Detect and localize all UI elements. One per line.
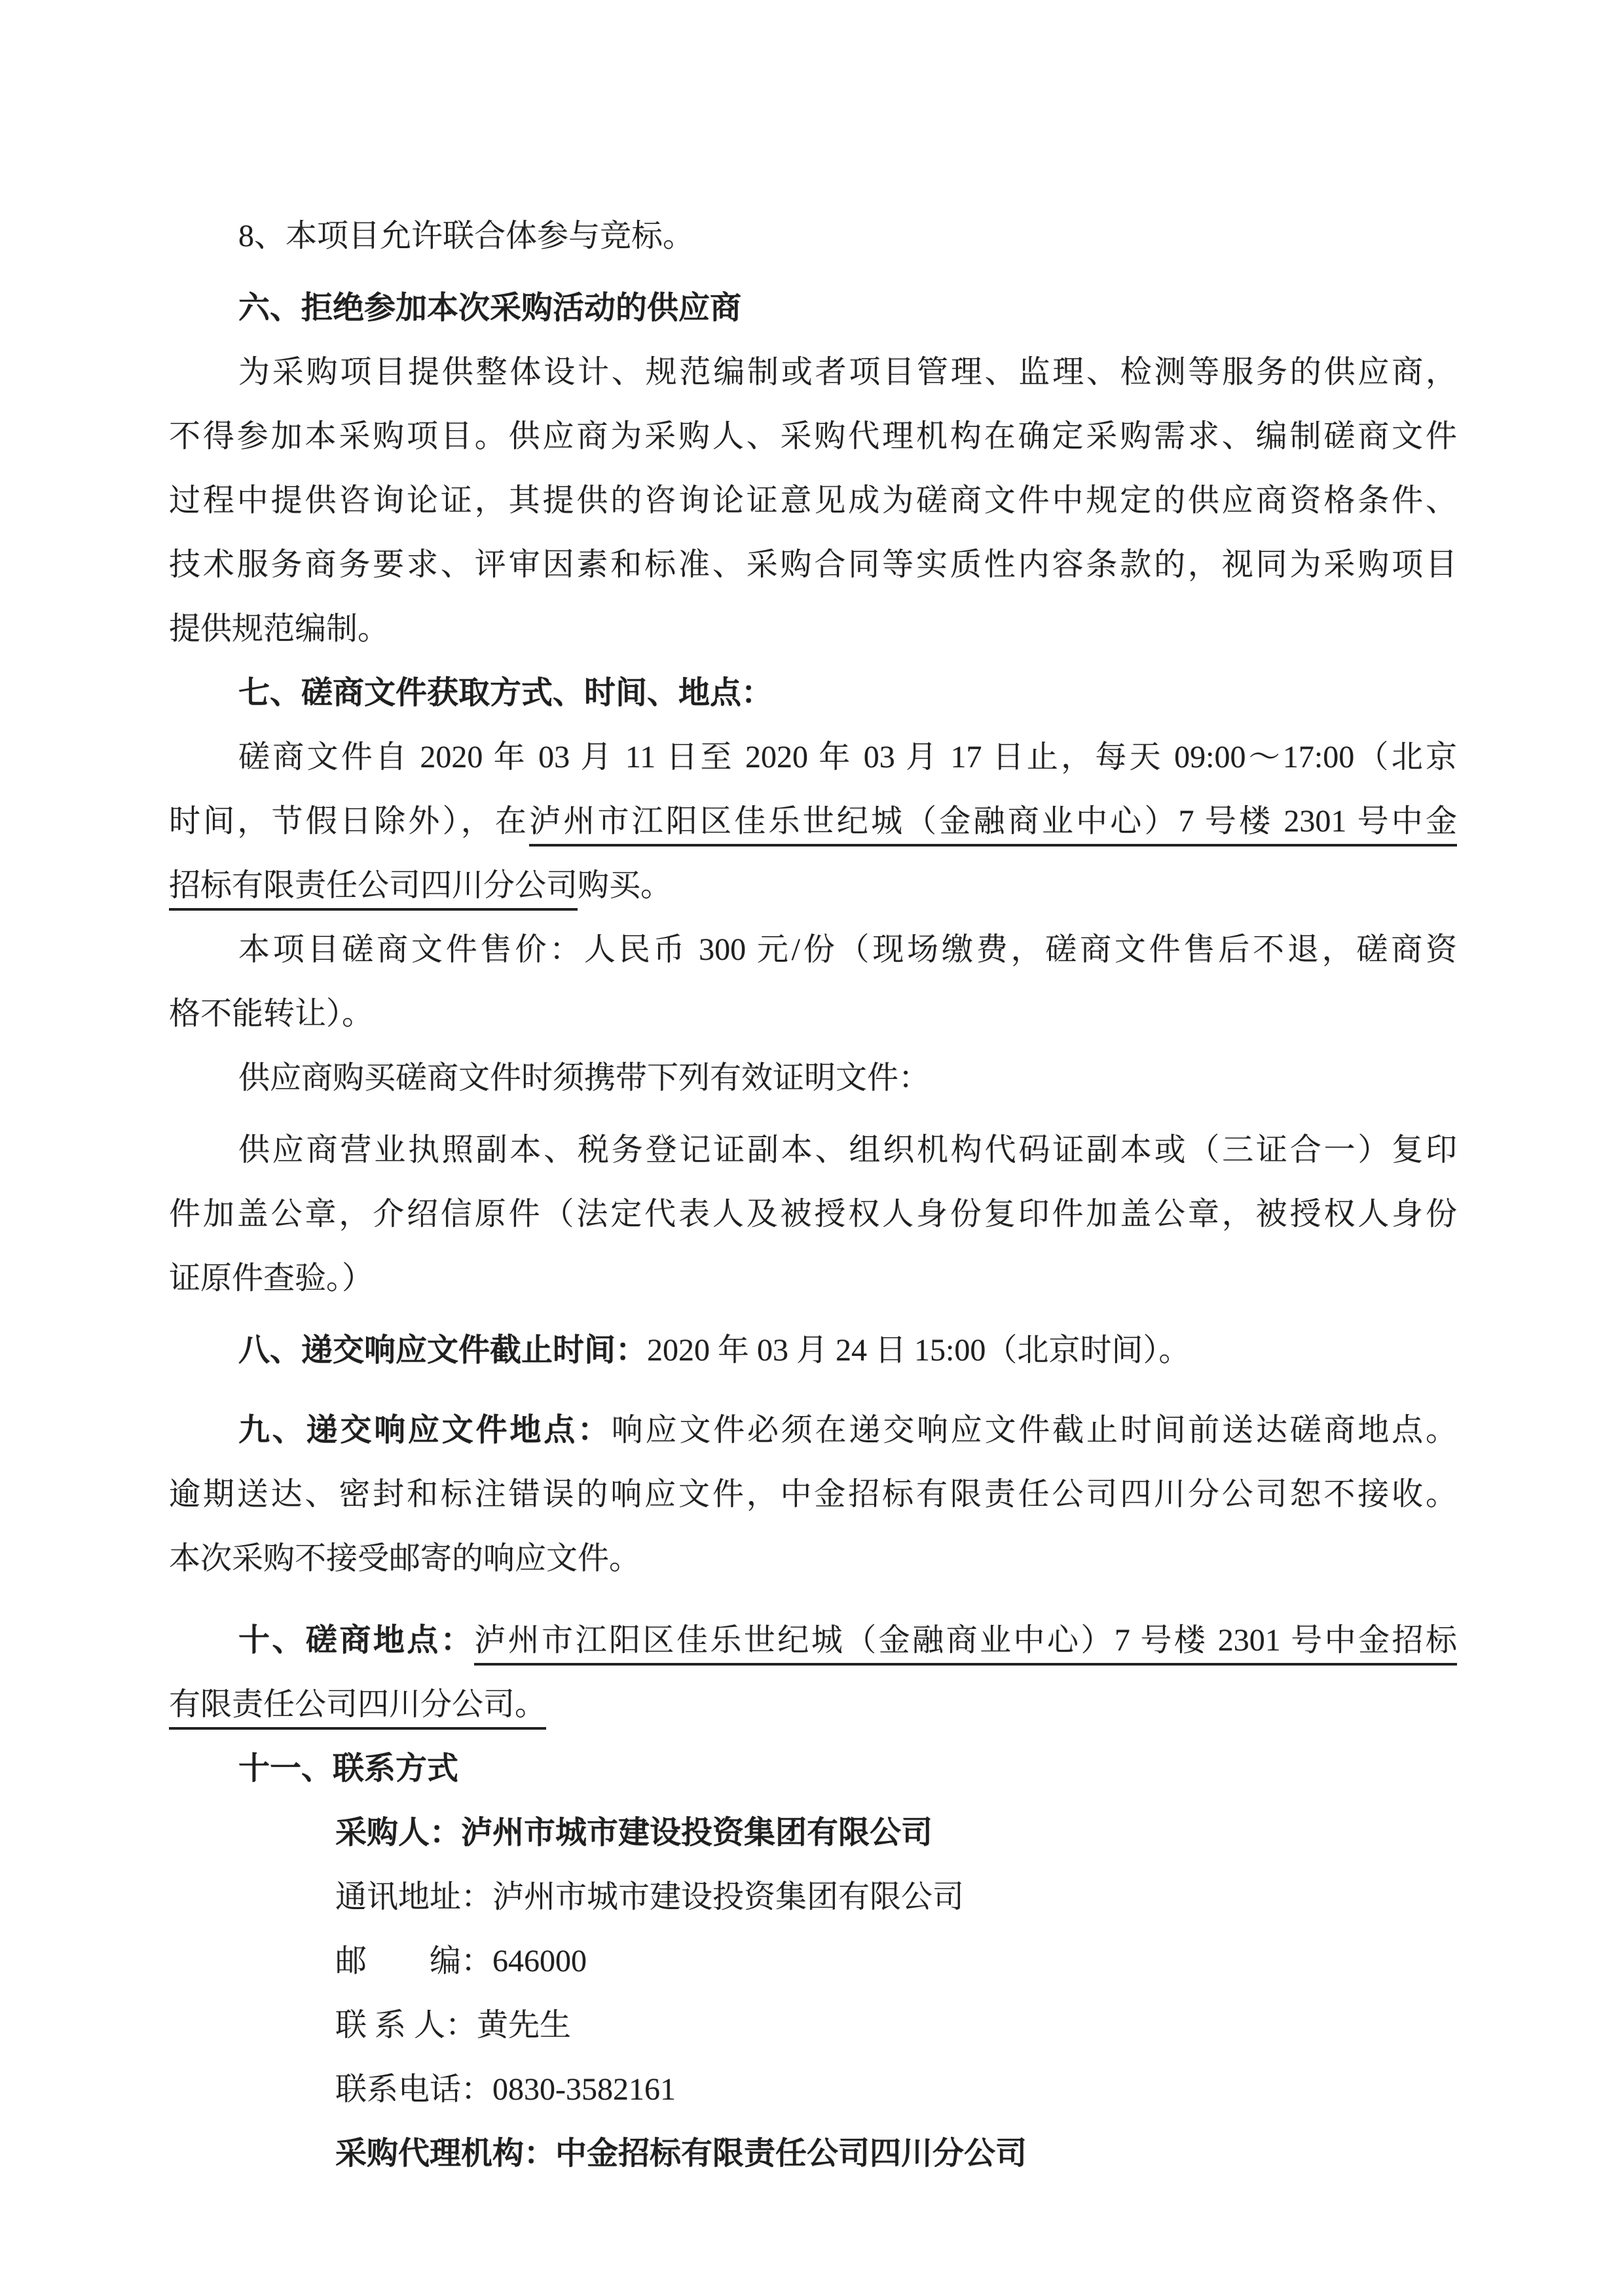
- text-run: 不得参加本采购项目。供应商为采购人、采购代理机构在确定采购需求、编制磋商文件: [169, 419, 1457, 454]
- text-run: 过程中提供咨询论证，其提供的咨询论证意见成为磋商文件中规定的供应商资格条件、: [169, 483, 1457, 518]
- text-run: 采购人：泸州市城市建设投资集团有限公司: [335, 1815, 932, 1850]
- para-document-price-line-2: 格不能转让）。: [169, 982, 1457, 1046]
- text-run: 本次采购不接受邮寄的响应文件。: [169, 1541, 640, 1576]
- para-acquisition-line-3: 招标有限责任公司四川分公司购买。: [169, 854, 1457, 918]
- para-rejected-suppliers-line-4: 技术服务商务要求、评审因素和标准、采购合同等实质性内容条款的，视同为采购项目: [169, 533, 1457, 597]
- text-run: 十一、联系方式: [238, 1751, 458, 1786]
- line-joint-bidding-allowed: 8、本项目允许联合体参与竞标。: [169, 204, 1457, 268]
- text-run: 六、拒绝参加本次采购活动的供应商: [238, 291, 741, 325]
- text-run: 供应商营业执照副本、税务登记证副本、组织机构代码证副本或（三证合一）复印: [238, 1133, 1457, 1167]
- heading-label: 八、递交响应文件截止时间：: [238, 1333, 647, 1368]
- text-run: 逾期送达、密封和标注错误的响应文件，中金招标有限责任公司四川分公司恕不接收。: [169, 1477, 1457, 1512]
- contact-postal-code: 邮 编：646000: [169, 1929, 1457, 1994]
- para-rejected-suppliers-line-1: 为采购项目提供整体设计、规范编制或者项目管理、监理、检测等服务的供应商，: [169, 340, 1457, 405]
- heading-section-9-submission-place: 九、递交响应文件地点：响应文件必须在递交响应文件截止时间前送达磋商地点。: [169, 1398, 1457, 1463]
- text-run: 采购代理机构：中金招标有限责任公司四川分公司: [335, 2136, 1027, 2171]
- text-run: 格不能转让）。: [169, 996, 373, 1031]
- para-acquisition-line-1: 磋商文件自 2020 年 03 月 11 日至 2020 年 03 月 17 日…: [169, 725, 1457, 790]
- underlined-address: 有限责任公司四川分公司。: [169, 1687, 546, 1730]
- contact-procurement-agency: 采购代理机构：中金招标有限责任公司四川分公司: [169, 2122, 1457, 2186]
- para-rejected-suppliers-line-3: 过程中提供咨询论证，其提供的咨询论证意见成为磋商文件中规定的供应商资格条件、: [169, 469, 1457, 533]
- contact-mailing-address: 通讯地址：泸州市城市建设投资集团有限公司: [169, 1865, 1457, 1929]
- text-run: 证原件查验。）: [169, 1261, 373, 1296]
- contact-phone: 联系电话：0830-3582161: [169, 2058, 1457, 2122]
- underlined-address: 泸州市江阳区佳乐世纪城（金融商业中心）7 号楼 2301 号中金: [529, 804, 1457, 847]
- contact-person: 联 系 人：黄先生: [169, 1994, 1457, 2058]
- text-run: 购买。: [578, 868, 672, 903]
- text-run: 邮 编：646000: [335, 1944, 587, 1978]
- underlined-address: 招标有限责任公司四川分公司: [169, 868, 578, 911]
- para-acquisition-line-2: 时间，节假日除外），在泸州市江阳区佳乐世纪城（金融商业中心）7 号楼 2301 …: [169, 790, 1457, 854]
- heading-section-7-document-acquisition: 七、磋商文件获取方式、时间、地点：: [169, 661, 1457, 725]
- text-run: 为采购项目提供整体设计、规范编制或者项目管理、监理、检测等服务的供应商，: [238, 355, 1457, 390]
- text-run: 时间，节假日除外），在: [169, 804, 529, 839]
- text-run: 提供规范编制。: [169, 611, 389, 646]
- text-run: 七、磋商文件获取方式、时间、地点：: [238, 676, 773, 710]
- underlined-address: 泸州市江阳区佳乐世纪城（金融商业中心）7 号楼 2301 号中金招标: [474, 1623, 1457, 1666]
- para-certificates-line-1: 供应商营业执照副本、税务登记证副本、组织机构代码证副本或（三证合一）复印: [169, 1118, 1457, 1182]
- text-run: 联系电话：0830-3582161: [335, 2072, 676, 2107]
- text-run: 供应商购买磋商文件时须携带下列有效证明文件：: [238, 1061, 930, 1095]
- para-document-price-line-1: 本项目磋商文件售价：人民币 300 元/份（现场缴费，磋商文件售后不退，磋商资: [169, 918, 1457, 982]
- text-run: 磋商文件自 2020 年 03 月 11 日至 2020 年 03 月 17 日…: [238, 740, 1457, 774]
- para-negotiation-place-line-2: 有限责任公司四川分公司。: [169, 1673, 1457, 1737]
- text-run: 2020 年 03 月 24 日 15:00（北京时间）。: [647, 1333, 1190, 1368]
- para-required-certificates-intro: 供应商购买磋商文件时须携带下列有效证明文件：: [169, 1046, 1457, 1110]
- para-certificates-line-3: 证原件查验。）: [169, 1247, 1457, 1311]
- para-submission-place-line-2: 逾期送达、密封和标注错误的响应文件，中金招标有限责任公司四川分公司恕不接收。: [169, 1463, 1457, 1527]
- document-page: 8、本项目允许联合体参与竞标。 六、拒绝参加本次采购活动的供应商 为采购项目提供…: [0, 0, 1624, 2296]
- text-run: 本项目磋商文件售价：人民币 300 元/份（现场缴费，磋商文件售后不退，磋商资: [238, 932, 1457, 967]
- heading-section-8-submission-deadline: 八、递交响应文件截止时间：2020 年 03 月 24 日 15:00（北京时间…: [169, 1319, 1457, 1383]
- document-body: 8、本项目允许联合体参与竞标。 六、拒绝参加本次采购活动的供应商 为采购项目提供…: [169, 204, 1457, 2186]
- para-rejected-suppliers-line-5: 提供规范编制。: [169, 597, 1457, 661]
- text-run: 8、本项目允许联合体参与竞标。: [238, 219, 694, 253]
- text-run: 联 系 人：黄先生: [335, 2008, 571, 2043]
- heading-section-10-negotiation-place: 十、磋商地点：泸州市江阳区佳乐世纪城（金融商业中心）7 号楼 2301 号中金招…: [169, 1609, 1457, 1673]
- contact-purchaser: 采购人：泸州市城市建设投资集团有限公司: [169, 1801, 1457, 1865]
- heading-section-11-contact-info: 十一、联系方式: [169, 1737, 1457, 1801]
- para-rejected-suppliers-line-2: 不得参加本采购项目。供应商为采购人、采购代理机构在确定采购需求、编制磋商文件: [169, 405, 1457, 469]
- heading-label: 十、磋商地点：: [238, 1623, 474, 1658]
- para-certificates-line-2: 件加盖公章，介绍信原件（法定代表人及被授权人身份复印件加盖公章，被授权人身份: [169, 1182, 1457, 1247]
- para-submission-place-line-3: 本次采购不接受邮寄的响应文件。: [169, 1527, 1457, 1591]
- text-run: 响应文件必须在递交响应文件截止时间前送达磋商地点。: [612, 1413, 1457, 1448]
- text-run: 件加盖公章，介绍信原件（法定代表人及被授权人身份复印件加盖公章，被授权人身份: [169, 1197, 1457, 1231]
- heading-label: 九、递交响应文件地点：: [238, 1413, 612, 1448]
- text-run: 通讯地址：泸州市城市建设投资集团有限公司: [335, 1880, 964, 1914]
- text-run: 技术服务商务要求、评审因素和标准、采购合同等实质性内容条款的，视同为采购项目: [169, 547, 1457, 582]
- heading-section-6-rejected-suppliers: 六、拒绝参加本次采购活动的供应商: [169, 276, 1457, 340]
